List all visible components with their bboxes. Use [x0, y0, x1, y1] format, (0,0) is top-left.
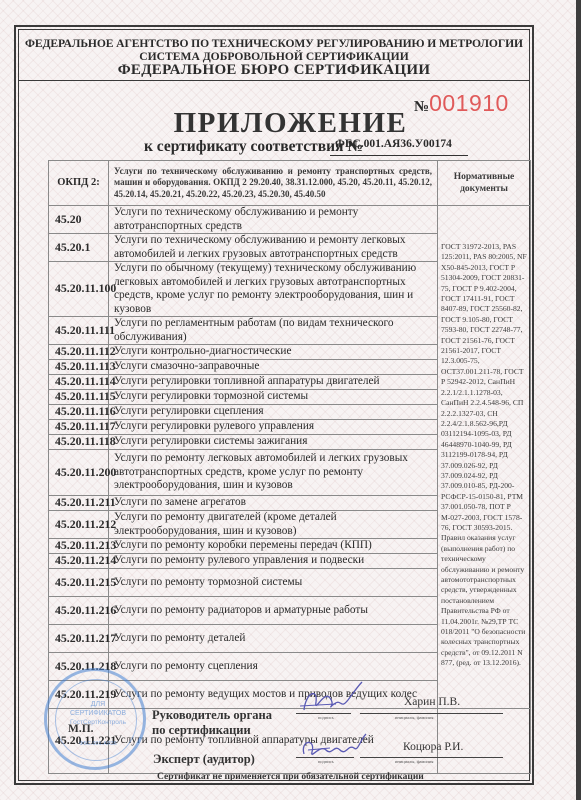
service-description: Услуги по замене агрегатов — [109, 496, 438, 511]
okpd-code: 45.20.11.212 — [49, 511, 109, 539]
disclaimer: Сертификат не применяется при обязательн… — [157, 772, 424, 782]
agency-name: ФЕДЕРАЛЬНОЕ АГЕНТСТВО ПО ТЕХНИЧЕСКОМУ РЕ… — [18, 37, 530, 50]
seal-label: М.П. — [68, 723, 94, 735]
okpd-code: 45.20.11.113 — [49, 360, 109, 375]
service-description: Услуги регулировки тормозной системы — [109, 390, 438, 405]
normative-documents: ГОСТ 31972-2013, PAS 125:2011, PAS 80:20… — [438, 206, 531, 709]
service-description: Услуги регулировки топливной аппаратуры … — [109, 375, 438, 390]
document-title: ПРИЛОЖЕНИЕ — [0, 107, 581, 140]
service-description: Услуги регулировки системы зажигания — [109, 435, 438, 450]
head-label-line2: по сертификации — [152, 723, 272, 738]
header-code: ОКПД 2: — [49, 161, 109, 206]
okpd-code: 45.20.11.213 — [49, 539, 109, 554]
service-description: Услуги по ремонту рулевого управления и … — [109, 554, 438, 569]
okpd-code: 45.20.11.214 — [49, 554, 109, 569]
table-header-row: ОКПД 2: Услуги по техническому обслужива… — [49, 161, 531, 206]
okpd-code: 45.20.11.114 — [49, 375, 109, 390]
stamp-text-1: ДЛЯ — [47, 701, 149, 708]
bureau-name: ФЕДЕРАЛЬНОЕ БЮРО СЕРТИФИКАЦИИ — [18, 62, 530, 79]
service-description: Услуги по ремонту деталей — [109, 625, 438, 653]
service-description: Услуги по ремонту тормозной системы — [109, 569, 438, 597]
okpd-code: 45.20.1 — [49, 234, 109, 262]
service-description: Услуги по ремонту коробки перемены перед… — [109, 539, 438, 554]
service-description: Услуги регулировки сцепления — [109, 405, 438, 420]
expert-signature-line — [296, 757, 354, 758]
stamp-text-2: СЕРТИФИКАТОВ — [47, 710, 149, 717]
okpd-code: 45.20.11.216 — [49, 597, 109, 625]
okpd-code: 45.20.11.200 — [49, 450, 109, 496]
okpd-code: 45.20.11.117 — [49, 420, 109, 435]
expert-label: Эксперт (аудитор) — [153, 752, 255, 767]
service-description: Услуги контрольно-диагностические — [109, 345, 438, 360]
expert-signature-caption: подпись — [318, 759, 334, 764]
header-divider — [18, 80, 530, 81]
head-label: Руководитель органа по сертификации — [152, 708, 272, 738]
service-description: Услуги по техническому обслуживанию и ре… — [109, 206, 438, 234]
table-row: 45.20Услуги по техническому обслуживанию… — [49, 206, 531, 234]
okpd-code: 45.20.11.100 — [49, 262, 109, 317]
certificate-number-underline — [330, 155, 468, 156]
okpd-code: 45.20.11.215 — [49, 569, 109, 597]
header-services: Услуги по техническому обслуживанию и ре… — [109, 161, 438, 206]
head-signature-line — [296, 713, 351, 714]
service-description: Услуги по обычному (текущему) техническо… — [109, 262, 438, 317]
service-description: Услуги смазочно-заправочные — [109, 360, 438, 375]
service-description: Услуги по регламентным работам (по видам… — [109, 317, 438, 345]
expert-name: Коцюра Р.И. — [403, 741, 463, 753]
okpd-code: 45.20.11.118 — [49, 435, 109, 450]
header-norms: Нормативные документы — [438, 161, 531, 206]
okpd-code: 45.20.11.112 — [49, 345, 109, 360]
head-label-line1: Руководитель органа — [152, 708, 272, 723]
head-signature — [296, 680, 366, 720]
service-description: Услуги по ремонту легковых автомобилей и… — [109, 450, 438, 496]
service-description: Услуги по ремонту радиаторов и арматурны… — [109, 597, 438, 625]
stamp-text-4: ФБС.001.АЯ36 — [47, 741, 149, 747]
seal-stamp: ДЛЯ СЕРТИФИКАТОВ ГостСертКонтроль ФБС.00… — [44, 668, 146, 770]
okpd-code: 45.20.11.111 — [49, 317, 109, 345]
okpd-code: 45.20.11.116 — [49, 405, 109, 420]
expert-name-line — [360, 757, 503, 758]
document-subtitle: к сертификату соответствия № — [144, 138, 363, 156]
head-signature-caption: подпись — [318, 715, 334, 720]
service-description: Услуги по ремонту двигателей (кроме дета… — [109, 511, 438, 539]
okpd-code: 45.20.11.211 — [49, 496, 109, 511]
expert-name-caption: инициалы, фамилия — [395, 759, 434, 764]
service-description: Услуги по техническому обслуживанию и ре… — [109, 234, 438, 262]
head-name-line — [360, 713, 503, 714]
service-description: Услуги по ремонту сцепления — [109, 653, 438, 681]
okpd-code: 45.20.11.115 — [49, 390, 109, 405]
service-description: Услуги по ремонту ведущих мостов и приво… — [109, 681, 438, 709]
head-name: Харин П.В. — [404, 696, 460, 708]
certificate-number: ФБС.001.АЯ36.У00174 — [335, 138, 452, 150]
okpd-code: 45.20.11.217 — [49, 625, 109, 653]
service-description: Услуги регулировки рулевого управления — [109, 420, 438, 435]
head-name-caption: инициалы, фамилия — [395, 715, 434, 720]
okpd-code: 45.20 — [49, 206, 109, 234]
expert-signature — [294, 730, 374, 766]
stamp-text-3: ГостСертКонтроль — [47, 719, 149, 726]
